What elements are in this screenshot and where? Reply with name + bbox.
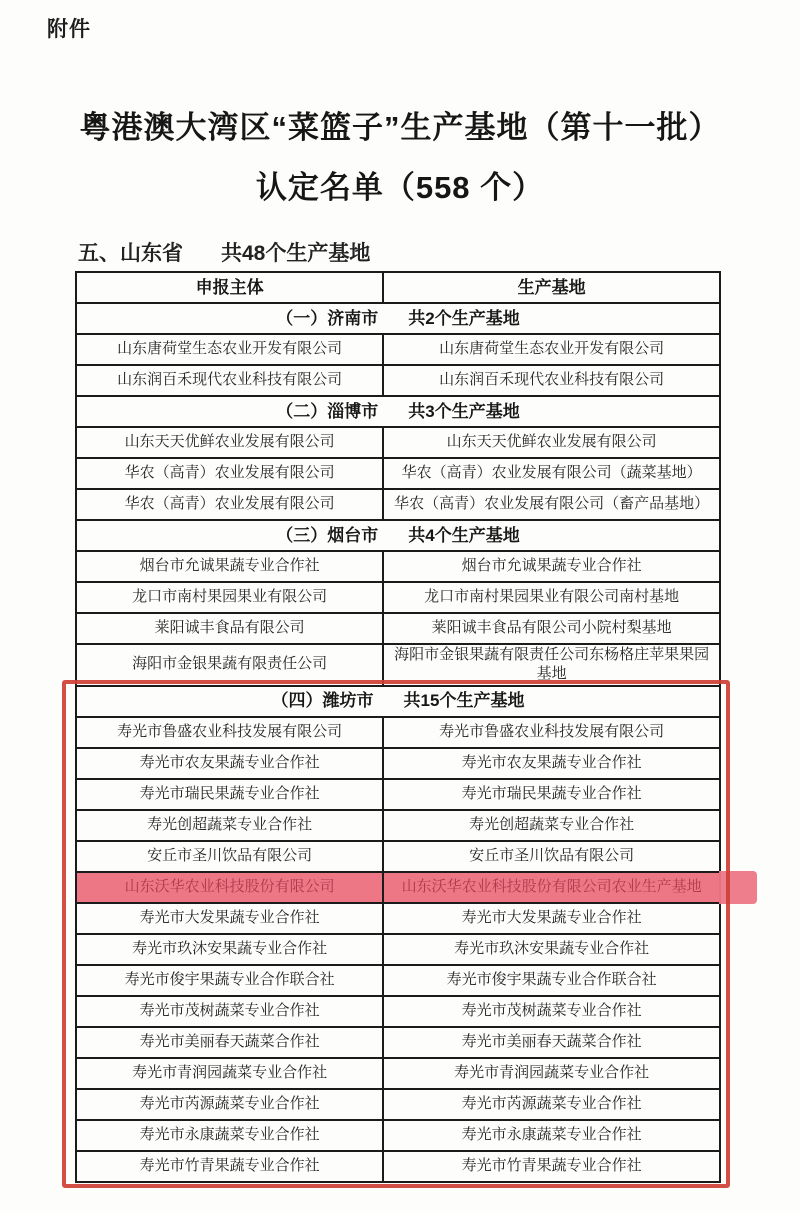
city-section-cell: （一）济南市共2个生产基地 (76, 303, 720, 334)
applicant-cell: 寿光市芮源蔬菜专业合作社 (76, 1089, 383, 1120)
table-row: 寿光市鲁盛农业科技发展有限公司 寿光市鲁盛农业科技发展有限公司 (76, 717, 720, 748)
applicant-cell: 山东唐荷堂生态农业开发有限公司 (76, 334, 383, 365)
table-row: 莱阳诚丰食品有限公司 莱阳诚丰食品有限公司小院村梨基地 (76, 613, 720, 644)
base-cell: 寿光市茂树蔬菜专业合作社 (383, 996, 720, 1027)
city-section-cell: （四）潍坊市共15个生产基地 (76, 686, 720, 717)
city-count: 共2个生产基地 (408, 309, 519, 328)
base-cell: 寿光创超蔬菜专业合作社 (383, 810, 720, 841)
applicant-cell: 寿光创超蔬菜专业合作社 (76, 810, 383, 841)
base-cell-highlighted: 山东沃华农业科技股份有限公司农业生产基地 (383, 872, 720, 903)
header-base: 生产基地 (383, 272, 720, 303)
table-row: 寿光市永康蔬菜专业合作社 寿光市永康蔬菜专业合作社 (76, 1120, 720, 1151)
base-cell: 山东天天优鲜农业发展有限公司 (383, 427, 720, 458)
table-row: 寿光创超蔬菜专业合作社 寿光创超蔬菜专业合作社 (76, 810, 720, 841)
applicant-cell: 山东天天优鲜农业发展有限公司 (76, 427, 383, 458)
table-row: 寿光市瑞民果蔬专业合作社 寿光市瑞民果蔬专业合作社 (76, 779, 720, 810)
table-row: 烟台市允诚果蔬专业合作社 烟台市允诚果蔬专业合作社 (76, 551, 720, 582)
base-cell: 华农（高青）农业发展有限公司（蔬菜基地） (383, 458, 720, 489)
table-row: 山东天天优鲜农业发展有限公司 山东天天优鲜农业发展有限公司 (76, 427, 720, 458)
city-name: （二）淄博市 (276, 402, 378, 421)
table-row: 山东润百禾现代农业科技有限公司 山东润百禾现代农业科技有限公司 (76, 365, 720, 396)
city-section-row-yantai: （三）烟台市共4个生产基地 (76, 520, 720, 551)
applicant-cell: 莱阳诚丰食品有限公司 (76, 613, 383, 644)
bases-table: 申报主体 生产基地 （一）济南市共2个生产基地 山东唐荷堂生态农业开发有限公司 … (75, 271, 721, 1183)
base-cell: 寿光市鲁盛农业科技发展有限公司 (383, 717, 720, 748)
applicant-cell: 寿光市青润园蔬菜专业合作社 (76, 1058, 383, 1089)
applicant-cell: 寿光市俊宇果蔬专业合作联合社 (76, 965, 383, 996)
highlighted-row: 山东沃华农业科技股份有限公司 山东沃华农业科技股份有限公司农业生产基地 (76, 872, 720, 903)
applicant-cell: 山东润百禾现代农业科技有限公司 (76, 365, 383, 396)
base-cell: 寿光市青润园蔬菜专业合作社 (383, 1058, 720, 1089)
base-cell: 寿光市瑞民果蔬专业合作社 (383, 779, 720, 810)
header-applicant: 申报主体 (76, 272, 383, 303)
highlight-overrun (719, 871, 757, 904)
applicant-cell-highlighted: 山东沃华农业科技股份有限公司 (76, 872, 383, 903)
section-heading: 五、山东省共48个生产基地 (78, 237, 370, 267)
applicant-cell: 寿光市瑞民果蔬专业合作社 (76, 779, 383, 810)
applicant-cell: 安丘市圣川饮品有限公司 (76, 841, 383, 872)
table-row: 龙口市南村果园果业有限公司 龙口市南村果园果业有限公司南村基地 (76, 582, 720, 613)
applicant-cell: 龙口市南村果园果业有限公司 (76, 582, 383, 613)
base-cell: 莱阳诚丰食品有限公司小院村梨基地 (383, 613, 720, 644)
applicant-cell: 华农（高青）农业发展有限公司 (76, 489, 383, 520)
section-count: 共48个生产基地 (221, 242, 370, 265)
city-count: 共15个生产基地 (404, 691, 525, 710)
table-row: 寿光市竹青果蔬专业合作社 寿光市竹青果蔬专业合作社 (76, 1151, 720, 1182)
city-count: 共3个生产基地 (408, 402, 519, 421)
table-row: 华农（高青）农业发展有限公司 华农（高青）农业发展有限公司（蔬菜基地） (76, 458, 720, 489)
applicant-cell: 寿光市玖沐安果蔬专业合作社 (76, 934, 383, 965)
city-section-row-jinan: （一）济南市共2个生产基地 (76, 303, 720, 334)
applicant-cell: 烟台市允诚果蔬专业合作社 (76, 551, 383, 582)
table-row: 海阳市金银果蔬有限责任公司 海阳市金银果蔬有限责任公司东杨格庄苹果果园基地 (76, 644, 720, 686)
document-title-line-2: 认定名单（558 个） (0, 162, 800, 207)
base-cell: 海阳市金银果蔬有限责任公司东杨格庄苹果果园基地 (383, 644, 720, 686)
base-cell: 龙口市南村果园果业有限公司南村基地 (383, 582, 720, 613)
table-header-row: 申报主体 生产基地 (76, 272, 720, 303)
base-cell: 安丘市圣川饮品有限公司 (383, 841, 720, 872)
base-cell: 寿光市美丽春天蔬菜合作社 (383, 1027, 720, 1058)
base-cell: 寿光市玖沐安果蔬专业合作社 (383, 934, 720, 965)
city-name: （四）潍坊市 (272, 691, 374, 710)
table-row: 寿光市茂树蔬菜专业合作社 寿光市茂树蔬菜专业合作社 (76, 996, 720, 1027)
base-cell: 寿光市芮源蔬菜专业合作社 (383, 1089, 720, 1120)
table-row: 寿光市芮源蔬菜专业合作社 寿光市芮源蔬菜专业合作社 (76, 1089, 720, 1120)
city-name: （一）济南市 (276, 309, 378, 328)
table-row: 寿光市大发果蔬专业合作社 寿光市大发果蔬专业合作社 (76, 903, 720, 934)
base-cell: 山东唐荷堂生态农业开发有限公司 (383, 334, 720, 365)
base-cell: 山东润百禾现代农业科技有限公司 (383, 365, 720, 396)
applicant-cell: 寿光市竹青果蔬专业合作社 (76, 1151, 383, 1182)
table-row: 华农（高青）农业发展有限公司 华农（高青）农业发展有限公司（畜产品基地） (76, 489, 720, 520)
applicant-cell: 寿光市鲁盛农业科技发展有限公司 (76, 717, 383, 748)
city-section-cell: （二）淄博市共3个生产基地 (76, 396, 720, 427)
base-cell: 华农（高青）农业发展有限公司（畜产品基地） (383, 489, 720, 520)
applicant-cell: 寿光市大发果蔬专业合作社 (76, 903, 383, 934)
base-cell: 寿光市永康蔬菜专业合作社 (383, 1120, 720, 1151)
city-section-cell: （三）烟台市共4个生产基地 (76, 520, 720, 551)
applicant-cell: 寿光市永康蔬菜专业合作社 (76, 1120, 383, 1151)
city-name: （三）烟台市 (276, 526, 378, 545)
table-row: 寿光市美丽春天蔬菜合作社 寿光市美丽春天蔬菜合作社 (76, 1027, 720, 1058)
document-title-line-1: 粤港澳大湾区“菜篮子”生产基地（第十一批） (0, 102, 800, 147)
table-row: 寿光市农友果蔬专业合作社 寿光市农友果蔬专业合作社 (76, 748, 720, 779)
section-region: 五、山东省 (78, 242, 183, 265)
base-cell: 寿光市竹青果蔬专业合作社 (383, 1151, 720, 1182)
applicant-cell: 寿光市美丽春天蔬菜合作社 (76, 1027, 383, 1058)
applicant-cell: 海阳市金银果蔬有限责任公司 (76, 644, 383, 686)
city-count: 共4个生产基地 (408, 526, 519, 545)
table-row: 寿光市青润园蔬菜专业合作社 寿光市青润园蔬菜专业合作社 (76, 1058, 720, 1089)
base-cell: 寿光市俊宇果蔬专业合作联合社 (383, 965, 720, 996)
attachment-label: 附件 (47, 13, 91, 43)
document-page: 附件 粤港澳大湾区“菜篮子”生产基地（第十一批） 认定名单（558 个） 五、山… (0, 0, 800, 1213)
table-row: 安丘市圣川饮品有限公司 安丘市圣川饮品有限公司 (76, 841, 720, 872)
applicant-cell: 寿光市茂树蔬菜专业合作社 (76, 996, 383, 1027)
base-cell: 寿光市农友果蔬专业合作社 (383, 748, 720, 779)
table-row: 寿光市俊宇果蔬专业合作联合社 寿光市俊宇果蔬专业合作联合社 (76, 965, 720, 996)
applicant-cell: 华农（高青）农业发展有限公司 (76, 458, 383, 489)
city-section-row-zibo: （二）淄博市共3个生产基地 (76, 396, 720, 427)
applicant-cell: 寿光市农友果蔬专业合作社 (76, 748, 383, 779)
base-cell: 烟台市允诚果蔬专业合作社 (383, 551, 720, 582)
base-cell: 寿光市大发果蔬专业合作社 (383, 903, 720, 934)
city-section-row-weifang: （四）潍坊市共15个生产基地 (76, 686, 720, 717)
table-row: 寿光市玖沐安果蔬专业合作社 寿光市玖沐安果蔬专业合作社 (76, 934, 720, 965)
table-row: 山东唐荷堂生态农业开发有限公司 山东唐荷堂生态农业开发有限公司 (76, 334, 720, 365)
